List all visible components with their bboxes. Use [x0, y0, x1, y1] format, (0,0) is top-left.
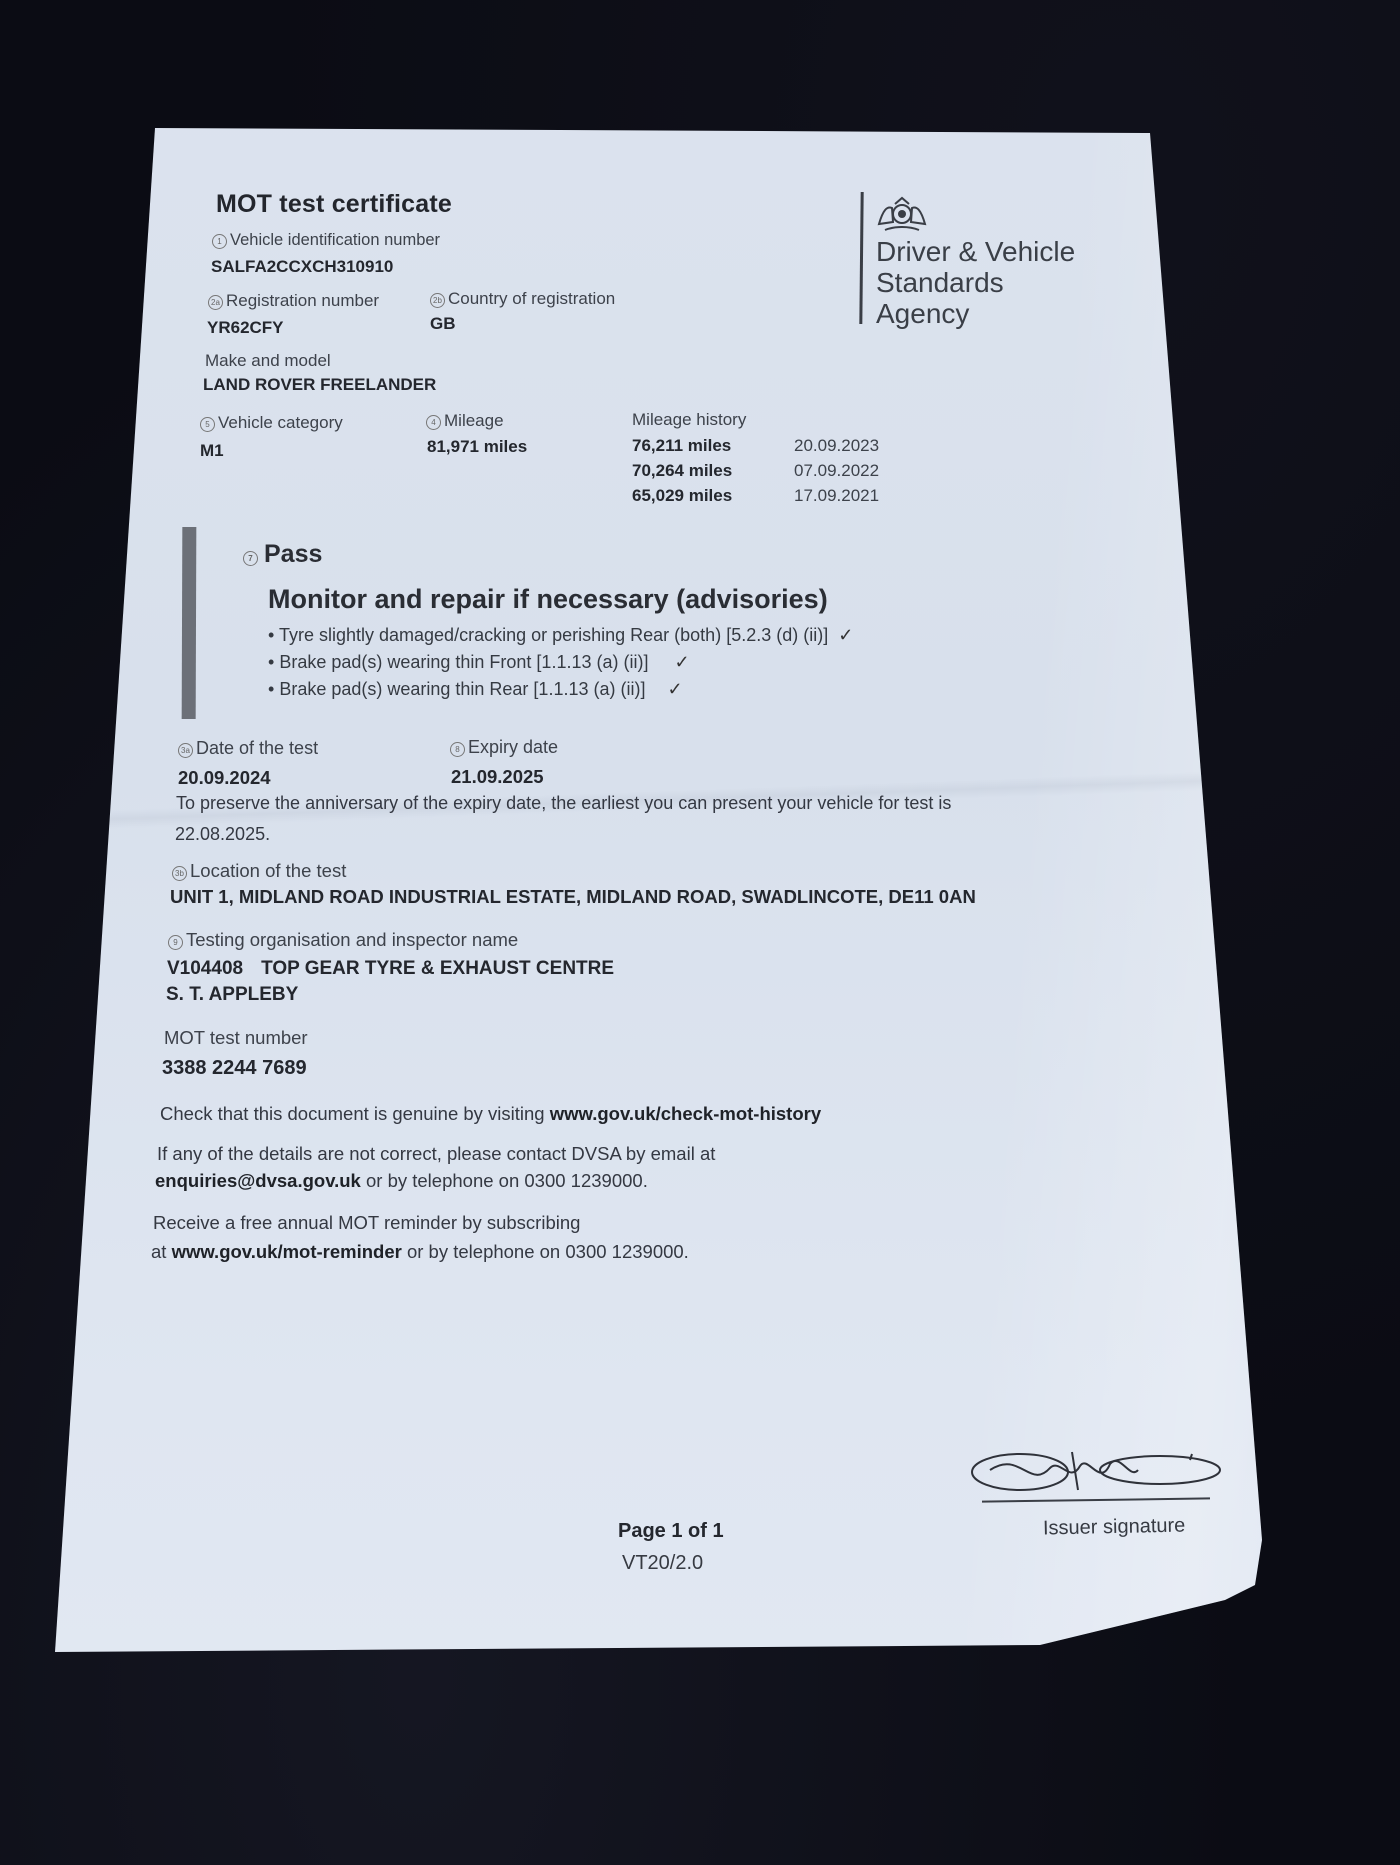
- anniversary-note-date: 22.08.2025.: [175, 824, 270, 845]
- check-mark-icon: ✓: [838, 625, 853, 645]
- registration-label: 2aRegistration number: [208, 291, 379, 311]
- test-number-label: MOT test number: [164, 1027, 308, 1049]
- advisory-item: • Brake pad(s) wearing thin Front [1.1.1…: [268, 649, 853, 676]
- field-number-badge: 2b: [430, 293, 445, 308]
- field-number-badge: 5: [200, 417, 215, 432]
- mileage-history-label: Mileage history: [632, 410, 746, 430]
- reminder-text-line-1: Receive a free annual MOT reminder by su…: [153, 1212, 580, 1234]
- reminder-text-line-2: at www.gov.uk/mot-reminder or by telepho…: [151, 1241, 689, 1263]
- test-location-value: UNIT 1, MIDLAND ROAD INDUSTRIAL ESTATE, …: [170, 886, 976, 908]
- advisory-item: • Brake pad(s) wearing thin Rear [1.1.13…: [268, 676, 853, 703]
- site-id: V104408: [167, 958, 243, 979]
- advisories-list: • Tyre slightly damaged/cracking or peri…: [268, 622, 853, 703]
- page-indicator: Page 1 of 1: [618, 1520, 724, 1543]
- test-number-value: 3388 2244 7689: [162, 1057, 307, 1080]
- field-number-badge: 2a: [208, 295, 223, 310]
- field-number-badge: 7: [243, 551, 258, 566]
- test-date-label: 3aDate of the test: [178, 738, 318, 759]
- contact-text-line-1: If any of the details are not correct, p…: [157, 1143, 715, 1165]
- mileage-value: 81,971 miles: [427, 437, 527, 457]
- field-number-badge: 3a: [178, 743, 193, 758]
- mot-reminder-link[interactable]: www.gov.uk/mot-reminder: [172, 1241, 402, 1262]
- form-code: VT20/2.0: [622, 1552, 703, 1575]
- issuer-signature-icon: [960, 1440, 1225, 1500]
- vehicle-category-value: M1: [200, 441, 224, 461]
- result-status-bar: [182, 527, 197, 719]
- vin-label: 1Vehicle identification number: [212, 231, 440, 250]
- field-number-badge: 1: [212, 234, 227, 249]
- genuine-check-text: Check that this document is genuine by v…: [160, 1103, 821, 1125]
- mileage-history-row: 70,264 miles07.09.2022: [632, 461, 879, 486]
- testing-organisation-value: V104408TOP GEAR TYRE & EXHAUST CENTRE: [167, 958, 614, 980]
- check-mark-icon: ✓: [667, 679, 682, 699]
- advisories-title: Monitor and repair if necessary (advisor…: [268, 584, 828, 615]
- test-date-value: 20.09.2024: [178, 767, 271, 789]
- expiry-date-label: 8Expiry date: [450, 737, 558, 758]
- royal-coat-of-arms-icon: [873, 192, 931, 234]
- advisory-item: • Tyre slightly damaged/cracking or peri…: [268, 622, 853, 649]
- country-value: GB: [430, 314, 456, 334]
- make-model-label: Make and model: [205, 351, 331, 371]
- country-label: 2bCountry of registration: [430, 289, 615, 309]
- contact-text-line-2: enquiries@dvsa.gov.uk or by telephone on…: [155, 1170, 648, 1192]
- check-mot-history-link[interactable]: www.gov.uk/check-mot-history: [550, 1103, 821, 1124]
- issuer-signature-label: Issuer signature: [1043, 1515, 1186, 1541]
- issuer-line-1: Driver & Vehicle: [876, 236, 1075, 267]
- document-title: MOT test certificate: [216, 190, 452, 219]
- mileage-label: 4Mileage: [426, 411, 504, 431]
- vehicle-category-label: 5Vehicle category: [200, 413, 343, 433]
- logo-divider: [859, 192, 863, 324]
- result-status: 7Pass: [243, 540, 322, 569]
- organisation-name: TOP GEAR TYRE & EXHAUST CENTRE: [261, 958, 614, 979]
- expiry-date-value: 21.09.2025: [451, 766, 544, 788]
- testing-organisation-label: 9Testing organisation and inspector name: [168, 929, 518, 951]
- issuer-logo-text: Driver & Vehicle Standards Agency: [876, 236, 1075, 329]
- issuer-line-3: Agency: [876, 298, 1075, 329]
- make-model-value: LAND ROVER FREELANDER: [203, 375, 436, 395]
- mot-certificate: MOT test certificate Driver & Vehicle St…: [0, 0, 1400, 1865]
- mileage-history-row: 65,029 miles17.09.2021: [632, 486, 879, 511]
- field-number-badge: 9: [168, 935, 183, 950]
- inspector-name: S. T. APPLEBY: [166, 984, 298, 1006]
- dvsa-email-link[interactable]: enquiries@dvsa.gov.uk: [155, 1170, 361, 1191]
- field-number-badge: 8: [450, 742, 465, 757]
- anniversary-note-line-1: To preserve the anniversary of the expir…: [176, 793, 951, 814]
- field-number-badge: 3b: [172, 866, 187, 881]
- check-mark-icon: ✓: [674, 652, 689, 672]
- test-location-label: 3bLocation of the test: [172, 860, 346, 882]
- mileage-history-list: 76,211 miles20.09.2023 70,264 miles07.09…: [632, 436, 879, 511]
- field-number-badge: 4: [426, 415, 441, 430]
- vin-value: SALFA2CCXCH310910: [211, 257, 393, 277]
- registration-value: YR62CFY: [207, 318, 284, 338]
- mileage-history-row: 76,211 miles20.09.2023: [632, 436, 879, 461]
- issuer-line-2: Standards: [876, 267, 1075, 298]
